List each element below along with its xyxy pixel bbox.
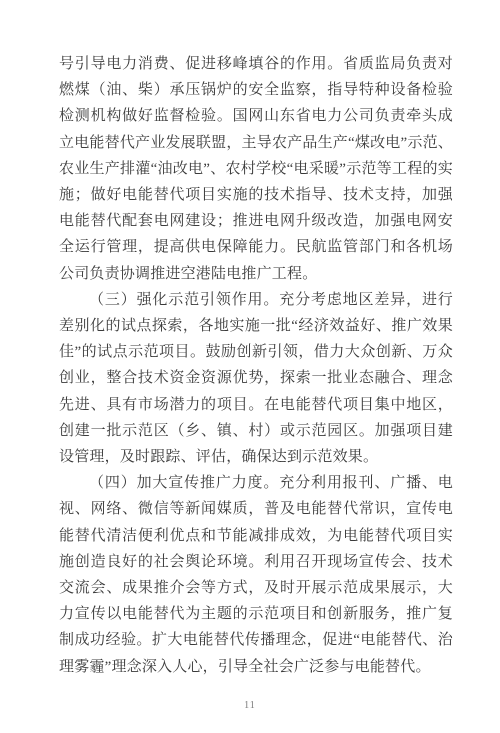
paragraph-2: （三）强化示范引领作用。充分考虑地区差异，进行差别化的试点探索，各地实施一批“经… [59, 287, 453, 470]
paragraph-3: （四）加大宣传推广力度。充分利用报刊、广播、电视、网络、微信等新闻媒质，普及电能… [59, 470, 453, 680]
document-body: 号引导电力消费、促进移峰填谷的作用。省质监局负责对燃煤（油、柴）承压锅炉的安全监… [59, 51, 453, 680]
paragraph-1: 号引导电力消费、促进移峰填谷的作用。省质监局负责对燃煤（油、柴）承压锅炉的安全监… [59, 51, 453, 287]
document-page: 号引导电力消费、促进移峰填谷的作用。省质监局负责对燃煤（油、柴）承压锅炉的安全监… [0, 0, 500, 733]
page-number: 11 [0, 700, 500, 711]
